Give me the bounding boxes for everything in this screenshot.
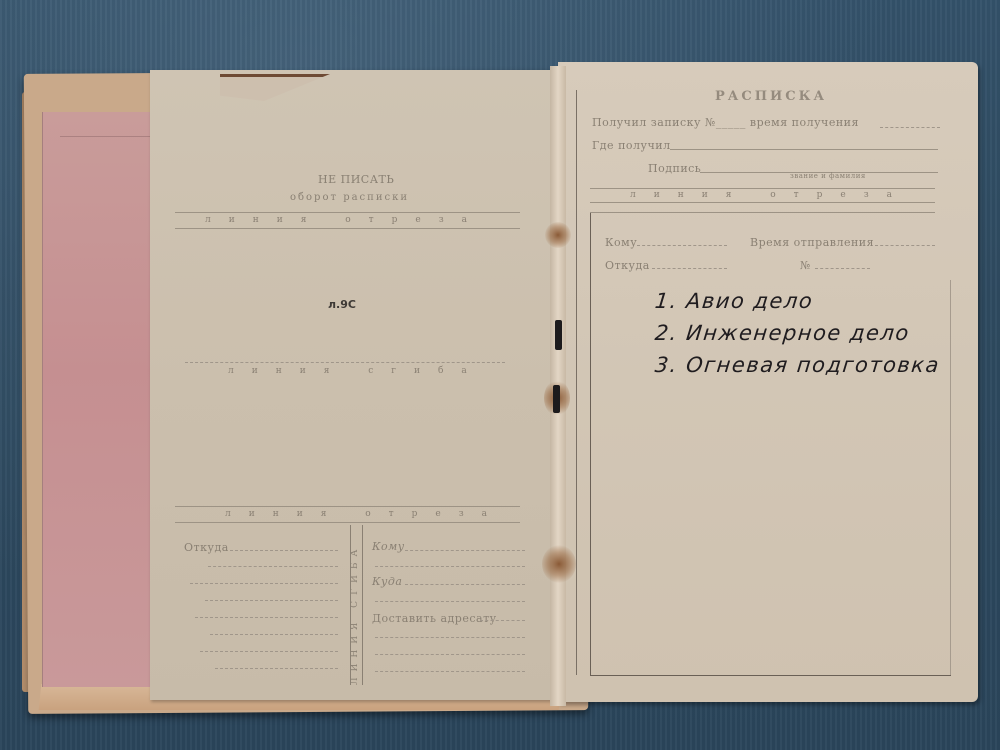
from-field[interactable] xyxy=(652,268,727,269)
rust-stain xyxy=(545,222,571,248)
address-line[interactable] xyxy=(375,637,525,638)
handwritten-item-3: 3. Огневая подготовка xyxy=(654,353,941,377)
pink-sheet-line xyxy=(60,136,160,137)
sender-line[interactable] xyxy=(190,583,338,584)
where-received-field[interactable] xyxy=(670,149,938,150)
to-label-right: Кому xyxy=(605,236,637,249)
address-line[interactable] xyxy=(375,566,525,567)
to-field[interactable] xyxy=(637,245,727,246)
sender-label: Откуда xyxy=(184,541,229,554)
right-cut-line-label: линия отреза xyxy=(630,190,910,200)
address-line[interactable] xyxy=(405,584,525,585)
signature-label: Подпись xyxy=(648,162,701,175)
deliver-label: Доставить адресату xyxy=(372,612,497,625)
signature-hint: звание и фамилия xyxy=(790,172,866,180)
left-fold-line-label: линия сгиба xyxy=(228,366,485,376)
message-frame-right xyxy=(950,280,951,675)
where-received-label: Где получил xyxy=(592,139,671,152)
cut-line-rule xyxy=(175,212,520,213)
sender-line[interactable] xyxy=(230,550,338,551)
address-line[interactable] xyxy=(375,671,525,672)
where-label: Куда xyxy=(372,575,402,588)
number-label: № xyxy=(800,259,811,272)
receipt-title: РАСПИСКА xyxy=(715,89,827,104)
address-line[interactable] xyxy=(375,654,525,655)
handwritten-item-1: 1. Авио дело xyxy=(654,289,815,313)
fold-divider xyxy=(362,525,363,685)
frame-top xyxy=(590,212,935,213)
staple xyxy=(553,385,560,413)
sender-line[interactable] xyxy=(200,651,338,652)
rust-stain xyxy=(542,545,576,583)
left-cut-line-bottom-label: линия отреза xyxy=(225,509,505,519)
cut-line-rule xyxy=(590,202,935,203)
departure-time-label: Время отправления xyxy=(750,236,874,249)
sender-line[interactable] xyxy=(205,600,338,601)
staple xyxy=(555,320,562,350)
cut-line-rule xyxy=(590,188,935,189)
left-cut-line-label: линия отреза xyxy=(205,215,485,225)
fold-line-rule xyxy=(185,362,505,363)
cut-line-rule xyxy=(175,228,520,229)
address-line[interactable] xyxy=(375,601,525,602)
cut-line-rule xyxy=(175,506,520,507)
vertical-fold-label: ЛИНИЯ СГИБА xyxy=(350,535,362,685)
margin-rule xyxy=(576,90,577,675)
from-label: Откуда xyxy=(605,259,650,272)
cut-line-rule xyxy=(175,522,520,523)
departure-time-field[interactable] xyxy=(875,245,935,246)
stamp-mark: л.9С xyxy=(328,298,356,311)
sender-line[interactable] xyxy=(215,668,338,669)
sender-line[interactable] xyxy=(210,634,338,635)
left-header-do-not-write: НЕ ПИСАТЬ xyxy=(318,173,394,186)
handwritten-item-2: 2. Инженерное дело xyxy=(654,321,911,345)
sender-line[interactable] xyxy=(195,617,338,618)
received-line: Получил записку №_____ время получения xyxy=(592,116,859,129)
sender-line[interactable] xyxy=(208,566,338,567)
to-label-left: Кому xyxy=(372,540,405,553)
received-time-field[interactable] xyxy=(880,127,940,128)
number-field[interactable] xyxy=(815,268,870,269)
pink-sheet xyxy=(42,112,161,687)
left-header-reverse: оборот расписки xyxy=(290,192,409,203)
message-frame xyxy=(590,212,951,676)
address-line[interactable] xyxy=(405,550,525,551)
address-line[interactable] xyxy=(480,620,525,621)
